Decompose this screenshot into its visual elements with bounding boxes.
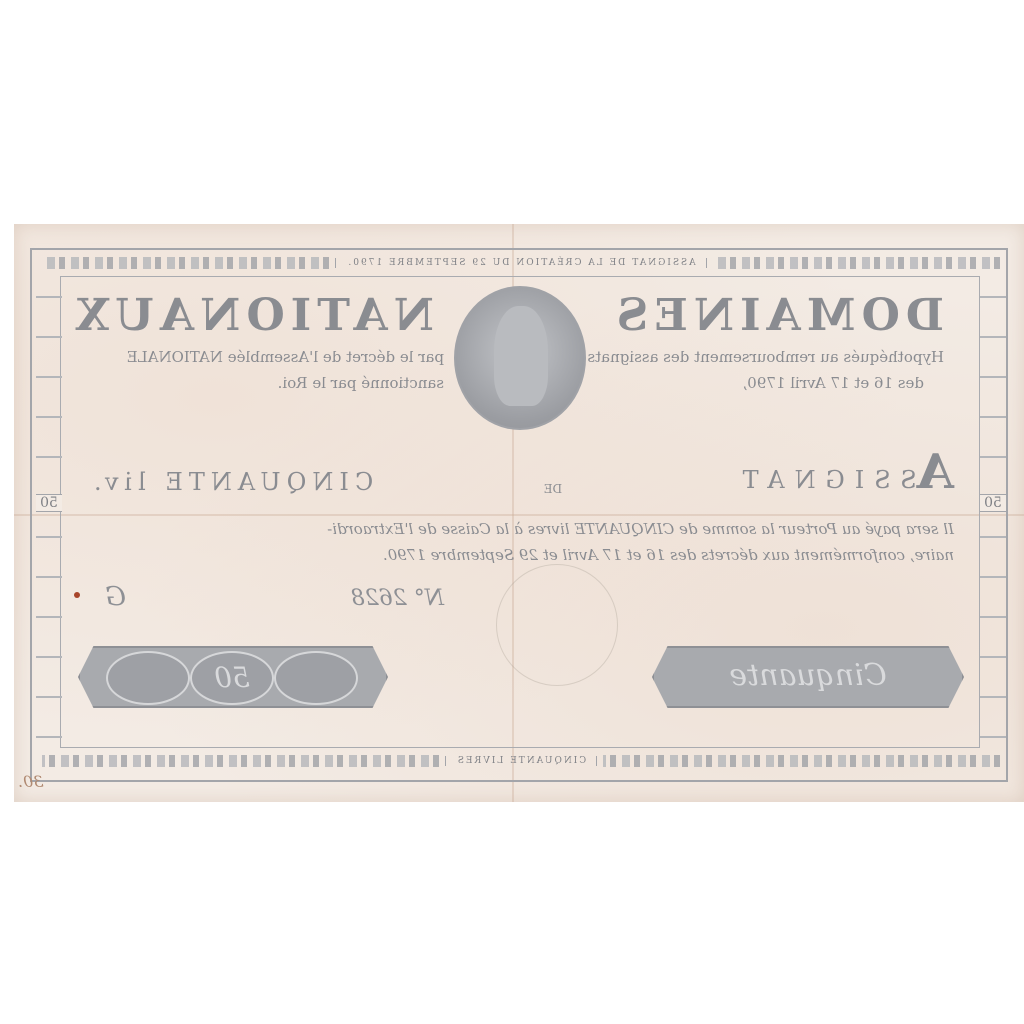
top-border-band: ASSIGNAT DE LA CRÉATION DU 29 SEPTEMBRE … [36,250,1006,276]
ornament-row [42,257,329,269]
mirrored-print: ASSIGNAT DE LA CRÉATION DU 29 SEPTEMBRE … [14,224,1024,802]
serial-number: N° 2628 [351,586,444,611]
bottom-band-label: CINQUANTE LIVRES [445,756,597,766]
subtitle-right-line1: par le décret de l'Assemblée NATIONALE [127,348,444,366]
king-portrait-medallion-icon [454,286,586,430]
side-numeral: 50 [36,494,62,512]
ornament-row [42,755,439,767]
body-text: Il sera payé au Porteur la somme de CINQ… [74,516,954,568]
cartouche-value-medallions: 50 [78,646,388,708]
body-line-1: Il sera payé au Porteur la somme de CINQ… [74,516,954,542]
heading-word: SSIGNAT [733,466,917,494]
cartouche-cinquante: Cinquante [652,646,964,708]
dry-seal-stamp [496,564,618,686]
cartouche-text: Cinquante [654,658,962,693]
bottom-border-band: CINQUANTE LIVRES [36,748,1006,774]
title-domaines: DOMAINES [611,290,944,341]
bust-silhouette [494,306,548,406]
assignat-banknote: ASSIGNAT DE LA CRÉATION DU 29 SEPTEMBRE … [14,224,1024,802]
small-medallion-icon [274,651,358,705]
subtitle-right-line2: sanctionné par le Roi. [278,374,444,392]
cartouche-value: 50 [192,653,272,703]
subtitle-left-line2: des 16 et 17 Avril 1790, [742,374,924,392]
value-medallion: 50 [190,651,274,705]
heading-amount: CINQUANTE liv. [88,468,373,496]
top-band-label: ASSIGNAT DE LA CRÉATION DU 29 SEPTEMBRE … [335,258,706,268]
ornament-row [603,755,1000,767]
pencil-annotation: 30. [18,772,43,791]
left-border-column: 50 [980,276,1006,746]
heading-initial: A [917,444,954,500]
ornament-row [713,257,1000,269]
subtitle-left-line1: Hypothéqués au remboursement des assigna… [587,348,944,366]
heading-line: ASSIGNAT DE CINQUANTE liv. [88,448,954,496]
heading-de: DE [544,482,562,496]
small-medallion-icon [106,651,190,705]
side-numeral: 50 [980,494,1006,512]
serial-letter: G [105,582,126,612]
right-border-column: 50 [36,276,62,746]
body-line-2: naire, conformément aux décrets des 16 e… [74,542,954,568]
title-nationaux: NATIONAUX [70,290,434,341]
